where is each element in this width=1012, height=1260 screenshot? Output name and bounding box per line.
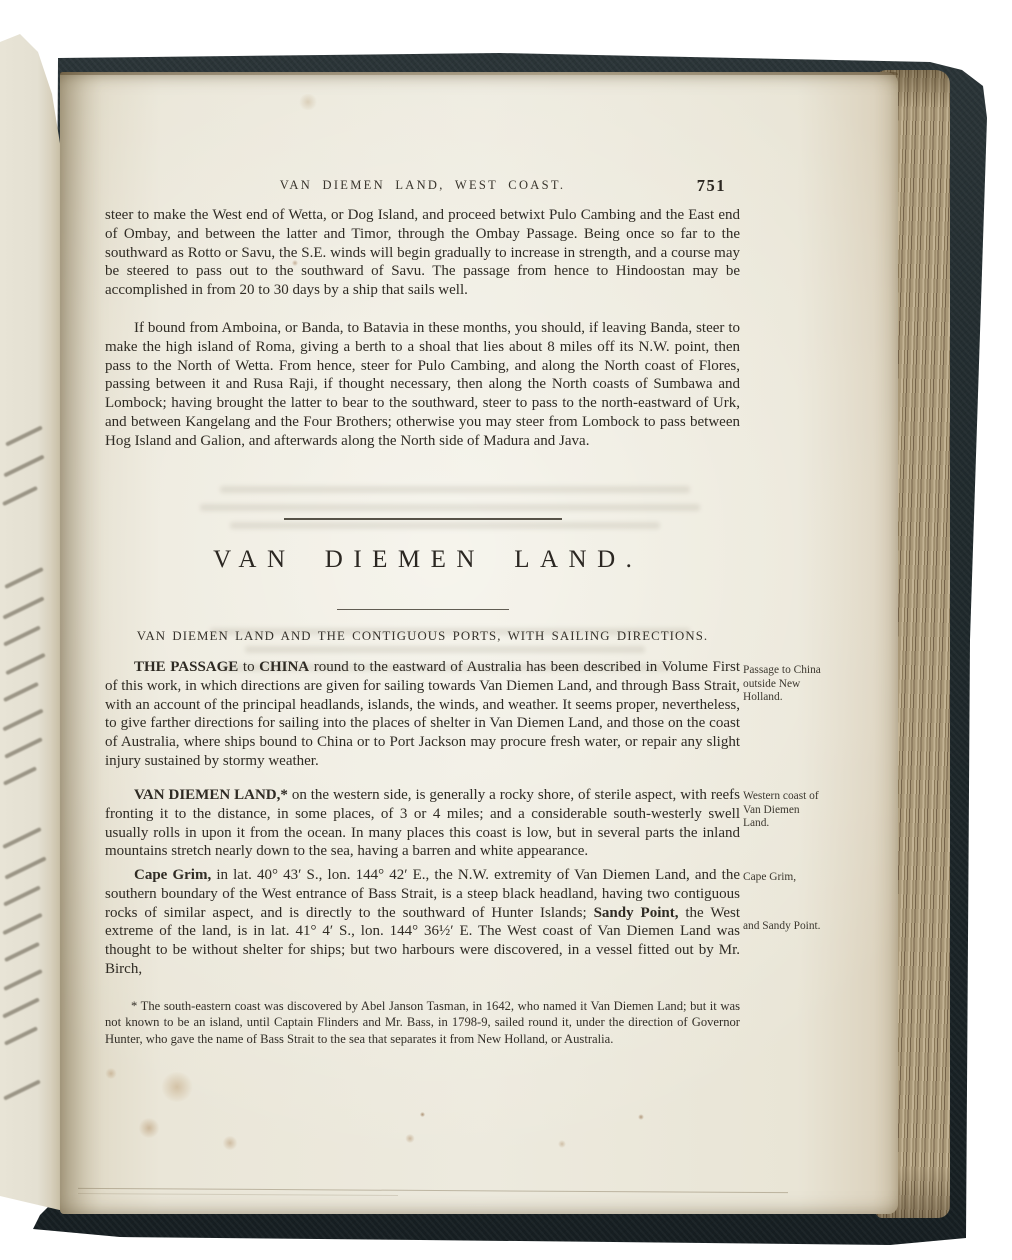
book-photograph: VAN DIEMEN LAND, WEST COAST. 751 steer t…	[0, 0, 1012, 1260]
left-page	[0, 16, 68, 1212]
page-number: 751	[105, 176, 740, 196]
section-subtitle: VAN DIEMEN LAND AND THE CONTIGUOUS PORTS…	[105, 629, 740, 644]
margin-note: and Sandy Point.	[743, 920, 821, 934]
margin-note: Passage to China outside New Holland.	[743, 664, 821, 705]
page-curl-line	[78, 1193, 398, 1196]
paragraph-passage-to-china: THE PASSAGE to CHINA round to the eastwa…	[105, 658, 740, 771]
margin-note: Cape Grim,	[743, 871, 821, 885]
paragraph-van-diemen-land: VAN DIEMEN LAND,* on the western side, i…	[105, 786, 740, 861]
footnote: * The south-eastern coast was discovered…	[105, 998, 740, 1047]
margin-note: Western coast of Van Diemen Land.	[743, 790, 821, 831]
section-rule-top	[284, 518, 562, 520]
section-heading: VAN DIEMEN LAND.	[105, 546, 740, 574]
paragraph-continuation: steer to make the West end of Wetta, or …	[105, 206, 740, 300]
page-curl-line	[78, 1188, 788, 1193]
section-rule-bottom	[337, 609, 509, 610]
right-page: VAN DIEMEN LAND, WEST COAST. 751 steer t…	[60, 72, 898, 1214]
paragraph-amboina: If bound from Amboina, or Banda, to Bata…	[105, 319, 740, 451]
paragraph-cape-grim: Cape Grim, in lat. 40° 43′ S., lon. 144°…	[105, 866, 740, 979]
